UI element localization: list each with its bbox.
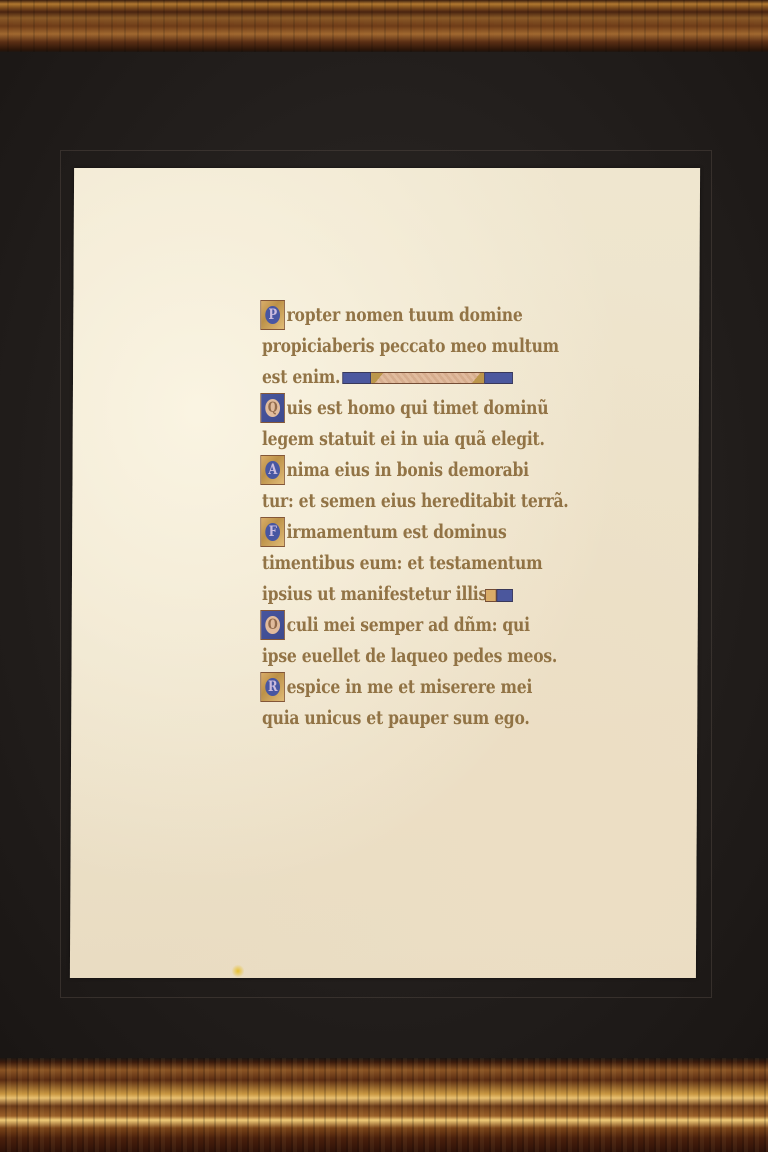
- manuscript-line: est enim.: [262, 362, 533, 393]
- manuscript-line: F irmamentum est dominus: [262, 517, 533, 548]
- illuminated-initial-p: P: [260, 300, 285, 330]
- manuscript-line: ipse euellet de laqueo pedes meos.: [262, 641, 533, 672]
- manuscript-line: quia unicus et pauper sum ego.: [262, 703, 533, 734]
- manuscript-line: P ropter nomen tuum domine: [262, 300, 533, 331]
- manuscript-text-block: P ropter nomen tuum domine propiciaberis…: [262, 300, 592, 734]
- line-filler-ornament: [342, 372, 513, 384]
- manuscript-line: A nima eius in bonis demorabi: [262, 455, 533, 486]
- manuscript-line: O culi mei semper ad dñm: qui: [262, 610, 533, 641]
- manuscript-line: R espice in me et miserere mei: [262, 672, 533, 703]
- illuminated-initial-r: R: [260, 672, 285, 702]
- manuscript-line: legem statuit ei in uia quã elegit.: [262, 424, 533, 455]
- illuminated-initial-q: Q: [260, 393, 285, 423]
- manuscript-line: ipsius ut manifestetur illis.: [262, 579, 533, 610]
- illuminated-initial-o: O: [260, 610, 285, 640]
- pigment-stain: [232, 964, 244, 978]
- illuminated-initial-f: F: [260, 517, 285, 547]
- manuscript-line: tur: et semen eius hereditabit terrã.: [262, 486, 533, 517]
- manuscript-line: propiciaberis peccato meo multum: [262, 331, 533, 362]
- frame-top-molding: [0, 0, 768, 52]
- manuscript-line: timentibus eum: et testamentum: [262, 548, 533, 579]
- frame-bottom-molding: [0, 1058, 768, 1152]
- illuminated-initial-a: A: [260, 455, 285, 485]
- manuscript-line: Q uis est homo qui timet dominũ: [262, 393, 533, 424]
- line-filler-ornament: [485, 589, 513, 602]
